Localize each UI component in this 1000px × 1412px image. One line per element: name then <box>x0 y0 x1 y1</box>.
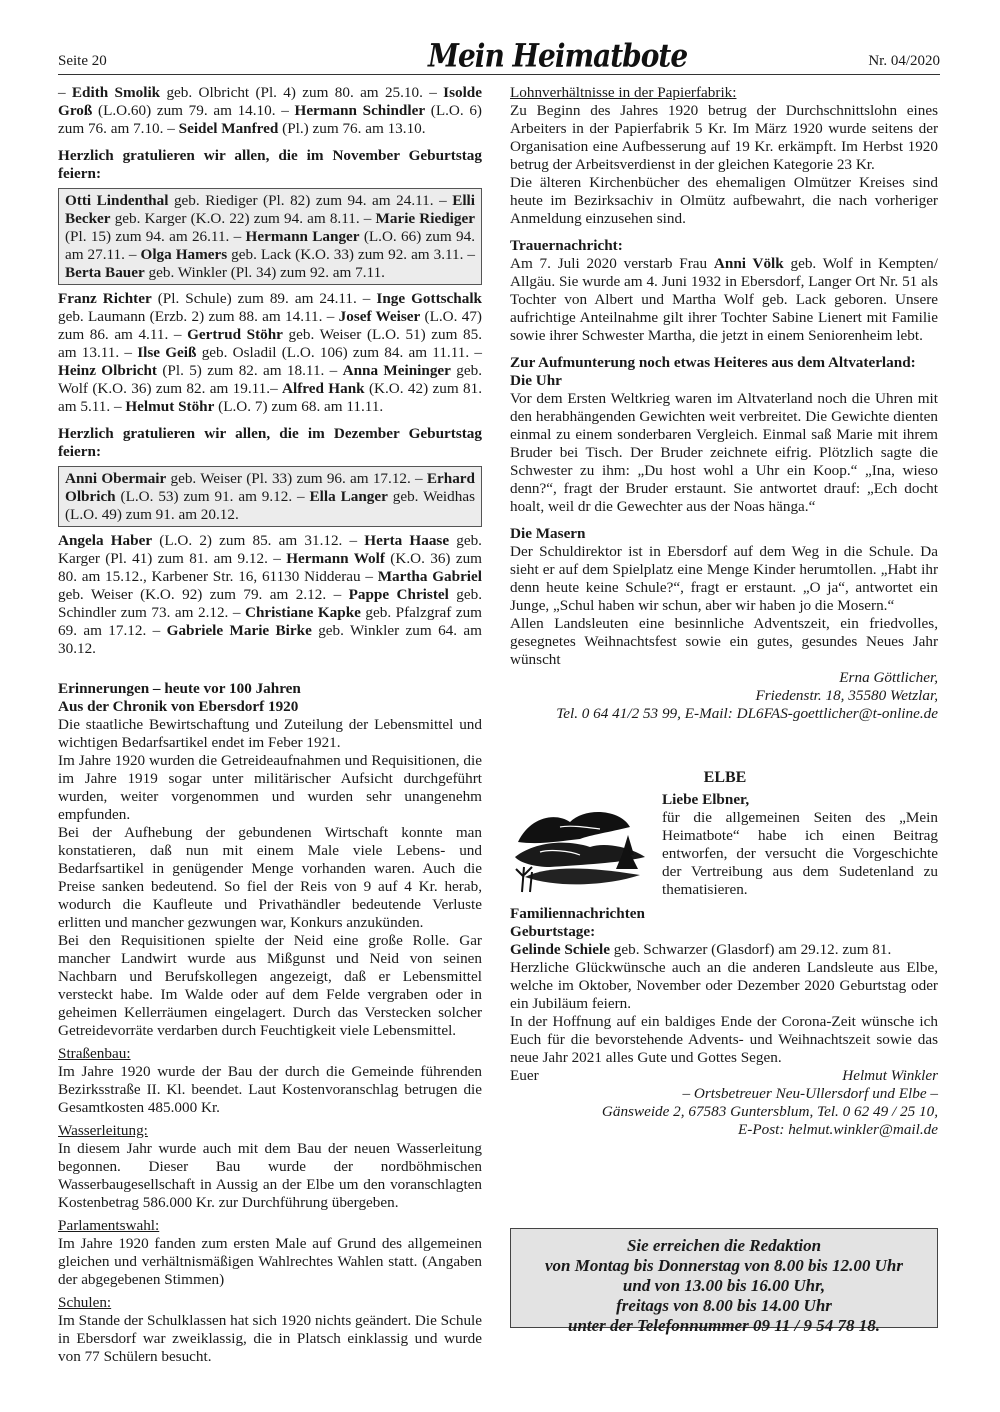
person-name: Franz Richter <box>58 290 152 307</box>
december-heading: Herzlich gratulieren wir allen, die im D… <box>58 425 482 461</box>
chronicle-paragraph: Bei den Requisitionen spielte der Neid e… <box>58 932 482 1040</box>
contact-line: von Montag bis Donnerstag von 8.00 bis 1… <box>511 1256 937 1276</box>
text-run: geb. Winkler (Pl. 34) zum 92. am 7.11. <box>145 264 385 281</box>
elbe-signature-role: – Ortsbetreuer Neu-Ullersdorf und Elbe – <box>510 1085 938 1103</box>
person-name: Pappe Christel <box>349 586 449 603</box>
contact-line: unter der Telefonnummer 09 11 / 9 54 78 … <box>511 1316 937 1336</box>
lohn-title: Lohnverhältnisse in der Papierfabrik: <box>510 84 938 102</box>
person-name: Hermann Schindler <box>295 102 426 119</box>
text-run: geb. Laumann (Erzb. 2) zum 88. am 14.11.… <box>58 308 339 325</box>
contact-line: und von 13.00 bis 16.00 Uhr, <box>511 1276 937 1296</box>
text-run: geb. Riediger (Pl. 82) zum 94. am 24.11.… <box>168 192 452 209</box>
person-name: Martha Gabriel <box>378 568 482 585</box>
familiennachrichten-title: Familiennachrichten <box>510 905 938 923</box>
uhr-title: Die Uhr <box>510 372 938 390</box>
elbe-signature-name: Helmut Winkler <box>842 1067 938 1085</box>
schulen-text: Im Stande der Schulklassen hat sich 1920… <box>58 1312 482 1366</box>
left-column: – Edith Smolik geb. Olbricht (Pl. 4) zum… <box>58 84 482 1366</box>
contact-line: freitags von 8.00 bis 14.00 Uhr <box>511 1296 937 1316</box>
text-run: geb. Lack (K.O. 33) zum 92. am 3.11. – <box>227 246 475 263</box>
geburtstage-title: Geburtstage: <box>510 923 938 941</box>
person-name: Alfred Hank <box>282 380 365 397</box>
elbe-intro-text: für die allgemeinen Seiten des „Mein Hei… <box>662 809 938 899</box>
wasserleitung-text: In diesem Jahr wurde auch mit dem Bau de… <box>58 1140 482 1212</box>
person-name: Herta Haase <box>364 532 449 549</box>
greeting-text: Allen Landsleuten eine besinnliche Adven… <box>510 615 938 669</box>
november-highlight-box: Otti Lindenthal geb. Riediger (Pl. 82) z… <box>58 188 482 285</box>
person-name: Gelinde Schiele <box>510 941 610 958</box>
masern-title: Die Masern <box>510 525 938 543</box>
elbe-intro: Liebe Elbner, für die allgemeinen Seiten… <box>662 791 938 899</box>
trauer-title: Trauernachricht: <box>510 237 938 255</box>
november-birthdays: Franz Richter (Pl. Schule) zum 89. am 24… <box>58 290 482 416</box>
page-number: Seite 20 <box>58 53 107 70</box>
person-name: Angela Haber <box>58 532 152 549</box>
text-run: Am 7. Juli 2020 verstarb Frau <box>510 255 714 272</box>
text-run: geb. Weiser (Pl. 33) zum 96. am 17.12. – <box>166 470 427 487</box>
text-run: (L.O.60) zum 79. am 14.10. – <box>92 102 294 119</box>
november-heading: Herzlich gratulieren wir allen, die im N… <box>58 147 482 183</box>
person-name: Anni Obermair <box>65 470 166 487</box>
person-name: Heinz Olbricht <box>58 362 157 379</box>
person-name: Hermann Langer <box>246 228 360 245</box>
text-run: geb. Karger (K.O. 22) zum 94. am 8.11. – <box>111 210 376 227</box>
december-highlight-box: Anni Obermair geb. Weiser (Pl. 33) zum 9… <box>58 466 482 527</box>
strassenbau-title: Straßenbau: <box>58 1045 482 1063</box>
text-run: geb. Weiser (K.O. 92) zum 79. am 2.12. – <box>58 586 349 603</box>
november-box-text: Otti Lindenthal geb. Riediger (Pl. 82) z… <box>65 192 475 282</box>
person-name: Anna Meininger <box>343 362 451 379</box>
editorial-contact-box: Sie erreichen die Redaktion von Montag b… <box>510 1228 938 1328</box>
parlamentswahl-title: Parlamentswahl: <box>58 1217 482 1235</box>
euer-label: Euer <box>510 1067 539 1085</box>
person-name: Christiane Kapke <box>245 604 361 621</box>
person-name: Gertrud Stöhr <box>187 326 283 343</box>
text-run: – <box>58 84 72 101</box>
signature-contact: Tel. 0 64 41/2 53 99, E-Mail: DL6FAS-goe… <box>510 705 938 723</box>
elbe-section-title: ELBE <box>510 769 938 787</box>
signature-name: Erna Göttlicher, <box>510 669 938 687</box>
masern-text: Der Schuldirektor ist in Ebersdorf auf d… <box>510 543 938 615</box>
issue-number: Nr. 04/2020 <box>868 53 940 70</box>
chronicle-paragraph: Im Jahre 1920 wurden die Getreideaufnahm… <box>58 752 482 824</box>
text-run: (Pl. 5) zum 82. am 18.11. – <box>157 362 343 379</box>
chronicle-paragraph: Die staatliche Bewirtschaftung und Zutei… <box>58 716 482 752</box>
text-run: (L.O. 7) zum 68. am 11.11. <box>214 398 383 415</box>
trauer-text: Am 7. Juli 2020 verstarb Frau Anni Völk … <box>510 255 938 345</box>
elbe-intro-row: Liebe Elbner, für die allgemeinen Seiten… <box>510 791 938 899</box>
page-header: Seite 20 Mein Heimatbote Nr. 04/2020 <box>58 18 940 75</box>
person-name: Berta Bauer <box>65 264 145 281</box>
text-run: (L.O. 53) zum 91. am 9.12. – <box>116 488 310 505</box>
chronicle-heading: Erinnerungen – heute vor 100 Jahren <box>58 680 482 698</box>
person-name: Ella Langer <box>310 488 388 505</box>
parlamentswahl-text: Im Jahre 1920 fanden zum ersten Male auf… <box>58 1235 482 1289</box>
chronicle-subheading: Aus der Chronik von Ebersdorf 1920 <box>58 698 482 716</box>
text-run: (Pl. Schule) zum 89. am 24.11. – <box>152 290 377 307</box>
person-name: Gabriele Marie Birke <box>167 622 312 639</box>
elbe-signature-row: Euer Helmut Winkler <box>510 1067 938 1085</box>
elbe-birthday: Gelinde Schiele geb. Schwarzer (Glasdorf… <box>510 941 938 959</box>
kirchenbuecher-text: Die älteren Kirchenbücher des ehemaligen… <box>510 174 938 228</box>
newspaper-page: Seite 20 Mein Heimatbote Nr. 04/2020 – E… <box>0 0 1000 1412</box>
signature-address: Friedenstr. 18, 35580 Wetzlar, <box>510 687 938 705</box>
chronicle-paragraph: Bei der Aufhebung der gebundenen Wirtsch… <box>58 824 482 932</box>
person-name: Edith Smolik <box>72 84 160 101</box>
person-name: Marie Riediger <box>376 210 475 227</box>
right-column: Lohnverhältnisse in der Papierfabrik: Zu… <box>510 84 938 1139</box>
person-name: Josef Weiser <box>339 308 421 325</box>
text-run: (Pl. 15) zum 94. am 26.11. – <box>65 228 246 245</box>
person-name: Anni Völk <box>714 255 784 272</box>
december-box-text: Anni Obermair geb. Weiser (Pl. 33) zum 9… <box>65 470 475 524</box>
elbe-wishes: In der Hoffnung auf ein baldiges Ende de… <box>510 1013 938 1067</box>
schulen-title: Schulen: <box>58 1294 482 1312</box>
text-run: (L.O. 2) zum 85. am 31.12. – <box>152 532 364 549</box>
person-name: Otti Lindenthal <box>65 192 168 209</box>
person-name: Olga Hamers <box>141 246 228 263</box>
wasserleitung-title: Wasserleitung: <box>58 1122 482 1140</box>
elbe-salutation: Liebe Elbner, <box>662 791 938 809</box>
elbe-signature-address: Gänsweide 2, 67583 Guntersblum, Tel. 0 6… <box>510 1103 938 1121</box>
elbe-signature-email: E-Post: helmut.winkler@mail.de <box>510 1121 938 1139</box>
person-name: Hermann Wolf <box>286 550 385 567</box>
text-run: geb. Olbricht (Pl. 4) zum 80. am 25.10. … <box>160 84 443 101</box>
uhr-text: Vor dem Ersten Weltkrieg waren im Altvat… <box>510 390 938 516</box>
strassenbau-text: Im Jahre 1920 wurde der Bau der durch di… <box>58 1063 482 1117</box>
person-name: Seidel Manfred <box>179 120 279 137</box>
text-run: geb. Osladil (L.O. 106) zum 84. am 11.11… <box>196 344 482 361</box>
lohn-text: Zu Beginn des Jahres 1920 betrug der Dur… <box>510 102 938 174</box>
heiteres-title: Zur Aufmunterung noch etwas Heiteres aus… <box>510 354 938 372</box>
person-name: Inge Gottschalk <box>376 290 482 307</box>
text-run: geb. Schwarzer (Glasdorf) am 29.12. zum … <box>610 941 891 958</box>
masthead-logo: Mein Heimatbote <box>428 37 687 75</box>
december-birthdays: Angela Haber (L.O. 2) zum 85. am 31.12. … <box>58 532 482 658</box>
october-birthdays: – Edith Smolik geb. Olbricht (Pl. 4) zum… <box>58 84 482 138</box>
landscape-illustration-icon <box>510 797 650 897</box>
text-run: (Pl.) zum 76. am 13.10. <box>278 120 425 137</box>
person-name: Ilse Geiß <box>137 344 196 361</box>
elbe-congratulations: Herzliche Glückwünsche auch an die ander… <box>510 959 938 1013</box>
contact-line: Sie erreichen die Redaktion <box>511 1236 937 1256</box>
person-name: Helmut Stöhr <box>125 398 214 415</box>
